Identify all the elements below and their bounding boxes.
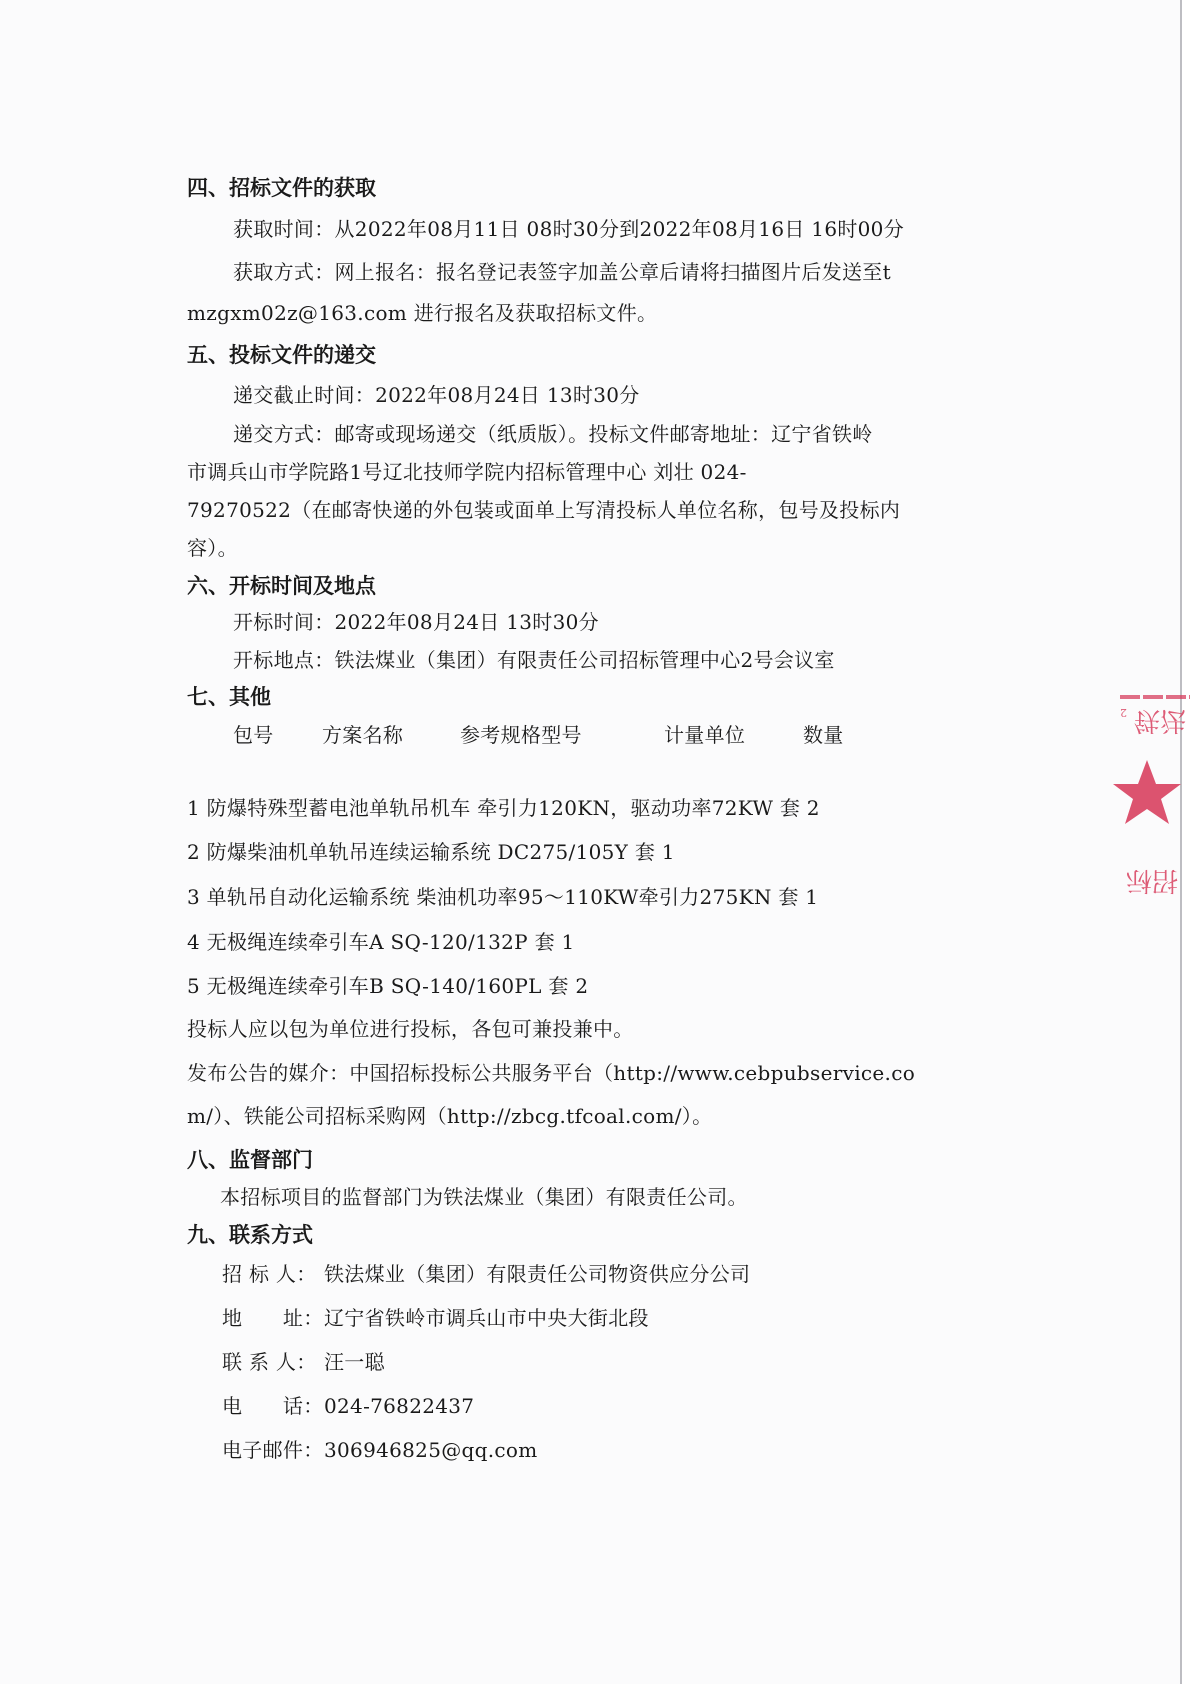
contact-value: 辽宁省铁岭市调兵山市中央大街北段: [324, 1306, 649, 1330]
section-8-heading: 八、监督部门: [187, 1148, 313, 1172]
media-line1: 发布公告的媒介：中国招标投标公共服务平台（http://www.cebpubse…: [187, 1061, 915, 1085]
package-row: 3 单轨吊自动化运输系统 柴油机功率95～110KW牵引力275KN 套 1: [187, 885, 818, 909]
stamp-bottom-text: 招标: [1126, 864, 1178, 901]
submit-method-line4: 容）。: [187, 536, 238, 560]
red-seal-stamp: 2 铁法 招标: [1120, 680, 1190, 920]
stamp-small-text: 2: [1120, 706, 1127, 719]
contact-label: 地 址：: [222, 1306, 324, 1330]
header-spec-model: 参考规格型号: [460, 723, 582, 747]
header-unit: 计量单位: [664, 723, 745, 747]
section-6-heading: 六、开标时间及地点: [187, 574, 376, 598]
header-quantity: 数量: [803, 723, 844, 747]
section-7-heading: 七、其他: [187, 685, 271, 709]
stamp-top-text: 铁法: [1134, 704, 1186, 741]
header-scheme-name: 方案名称: [322, 723, 403, 747]
package-row: 2 防爆柴油机单轨吊连续运输系统 DC275/105Y 套 1: [187, 840, 675, 864]
section-9-heading: 九、联系方式: [187, 1223, 313, 1247]
star-icon: [1112, 758, 1182, 828]
bidding-note: 投标人应以包为单位进行投标，各包可兼投兼中。: [187, 1017, 634, 1041]
media-line2: m/）、铁能公司招标采购网（http://zbcg.tfcoal.com/）。: [187, 1104, 712, 1128]
submit-method-line3: 79270522（在邮寄快递的外包装或面单上写清投标人单位名称，包号及投标内: [187, 498, 900, 522]
header-package-no: 包号: [233, 723, 274, 747]
contact-tenderer: 招 标 人：铁法煤业（集团）有限责任公司物资供应分公司: [222, 1262, 750, 1286]
contact-email: 电子邮件：306946825@qq.com: [222, 1438, 538, 1462]
stamp-border-arc: [1120, 692, 1190, 702]
contact-label: 电 话：: [222, 1394, 324, 1418]
contact-value: 汪一聪: [324, 1350, 385, 1374]
submit-method-line2: 市调兵山市学院路1号辽北技师学院内招标管理中心 刘壮 024-: [187, 460, 747, 484]
contact-address: 地 址：辽宁省铁岭市调兵山市中央大街北段: [222, 1306, 649, 1330]
contact-person: 联 系 人：汪一聪: [222, 1350, 385, 1374]
supervision-text: 本招标项目的监督部门为铁法煤业（集团）有限责任公司。: [220, 1185, 748, 1209]
acquire-method-line1: 获取方式：网上报名：报名登记表签字加盖公章后请将扫描图片后发送至t: [233, 260, 891, 284]
submit-deadline: 递交截止时间：2022年08月24日 13时30分: [233, 383, 640, 407]
contact-label: 联 系 人：: [222, 1350, 324, 1374]
section-4-heading: 四、招标文件的获取: [187, 176, 376, 200]
package-table-header: 包号 方案名称 参考规格型号 计量单位 数量: [0, 723, 1180, 747]
acquire-time: 获取时间：从2022年08月11日 08时30分到2022年08月16日 16时…: [233, 217, 904, 241]
package-row: 1 防爆特殊型蓄电池单轨吊机车 牵引力120KN，驱动功率72KW 套 2: [187, 796, 820, 820]
submit-method-line1: 递交方式：邮寄或现场递交（纸质版）。投标文件邮寄地址：辽宁省铁岭: [233, 422, 873, 446]
opening-place: 开标地点：铁法煤业（集团）有限责任公司招标管理中心2号会议室: [233, 648, 835, 672]
contact-label: 电子邮件：: [222, 1438, 324, 1462]
document-page: 四、招标文件的获取 获取时间：从2022年08月11日 08时30分到2022年…: [0, 0, 1182, 1684]
opening-time: 开标时间：2022年08月24日 13时30分: [233, 610, 599, 634]
contact-label: 招 标 人：: [222, 1262, 324, 1286]
contact-value: 铁法煤业（集团）有限责任公司物资供应分公司: [324, 1262, 750, 1286]
package-row: 4 无极绳连续牵引车A SQ-120/132P 套 1: [187, 930, 575, 954]
acquire-method-line2: mzgxm02z@163.com 进行报名及获取招标文件。: [187, 301, 657, 325]
package-row: 5 无极绳连续牵引车B SQ-140/160PL 套 2: [187, 974, 588, 998]
contact-value: 306946825@qq.com: [324, 1438, 538, 1462]
contact-phone: 电 话：024-76822437: [222, 1394, 474, 1418]
section-5-heading: 五、投标文件的递交: [187, 343, 376, 367]
contact-value: 024-76822437: [324, 1394, 474, 1418]
